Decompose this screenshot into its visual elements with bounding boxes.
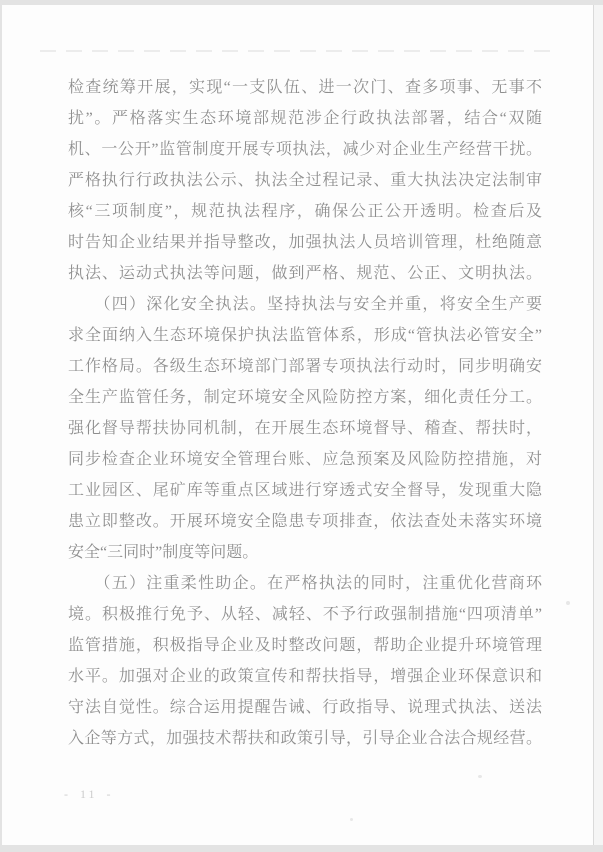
text-line: 时告知企业结果并指导整改，加强执法人员培训管理，杜绝随意 xyxy=(68,227,542,258)
text-line: 扰”。严格落实生态环境部规范涉企行政执法部署，结合“双随 xyxy=(68,103,542,134)
text-line: 核“三项制度”，规范执法程序，确保公正公开透明。检查后及 xyxy=(68,196,542,227)
page-number: - 11 - xyxy=(64,785,114,803)
text-line: 安全“三同时”制度等问题。 xyxy=(68,537,542,568)
text-line: 求全面纳入生态环境保护执法监管体系，形成“管执法必管安全” xyxy=(68,320,542,351)
page-edge-sliver xyxy=(593,5,603,845)
text-line: 工业园区、尾矿库等重点区域进行穿透式安全督导，发现重大隐 xyxy=(68,475,542,506)
paragraph-section-4-safety-enforcement: （四）深化安全执法。坚持执法与安全并重，将安全生产要求全面纳入生态环境保护执法监… xyxy=(68,289,542,568)
document-body-text: 检查统筹开展，实现“一支队伍、进一次门、查多项事、无事不扰”。严格落实生态环境部… xyxy=(68,72,542,754)
scan-speck xyxy=(350,818,353,821)
text-line: 工作格局。各级生态环境部门部署专项执法行动时，同步明确安 xyxy=(68,351,542,382)
scanned-document-view: 检查统筹开展，实现“一支队伍、进一次门、查多项事、无事不扰”。严格落实生态环境部… xyxy=(0,0,603,852)
scan-speck xyxy=(566,601,570,605)
scan-artifact-line xyxy=(40,50,560,52)
scan-speck xyxy=(478,775,482,778)
text-line: 强化督导帮扶协同机制，在开展生态环境督导、稽查、帮扶时， xyxy=(68,413,542,444)
text-line: （五）注重柔性助企。在严格执法的同时，注重优化营商环 xyxy=(68,568,542,599)
text-line: 机、一公开”监管制度开展专项执法，减少对企业生产经营干扰。 xyxy=(68,134,542,165)
text-line: 执法、运动式执法等问题，做到严格、规范、公正、文明执法。 xyxy=(68,258,542,289)
text-line: （四）深化安全执法。坚持执法与安全并重，将安全生产要 xyxy=(68,289,542,320)
text-line: 检查统筹开展，实现“一支队伍、进一次门、查多项事、无事不 xyxy=(68,72,542,103)
paragraph-section-5-flexible-assistance: （五）注重柔性助企。在严格执法的同时，注重优化营商环境。积极推行免予、从轻、减轻… xyxy=(68,568,542,754)
text-line: 监管措施，积极指导企业及时整改问题，帮助企业提升环境管理 xyxy=(68,630,542,661)
text-line: 境。积极推行免予、从轻、减轻、不予行政强制措施“四项清单” xyxy=(68,599,542,630)
text-line: 水平。加强对企业的政策宣传和帮扶指导，增强企业环保意识和 xyxy=(68,661,542,692)
paragraph-continuation-standard-enforcement: 检查统筹开展，实现“一支队伍、进一次门、查多项事、无事不扰”。严格落实生态环境部… xyxy=(68,72,542,289)
text-line: 同步检查企业环境安全管理台账、应急预案及风险防控措施，对 xyxy=(68,444,542,475)
document-sheet: 检查统筹开展，实现“一支队伍、进一次门、查多项事、无事不扰”。严格落实生态环境部… xyxy=(2,5,593,845)
text-line: 入企等方式，加强技术帮扶和政策引导，引导企业合法合规经营。 xyxy=(68,723,542,754)
text-line: 全生产监管任务，制定环境安全风险防控方案，细化责任分工。 xyxy=(68,382,542,413)
text-line: 患立即整改。开展环境安全隐患专项排查，依法查处未落实环境 xyxy=(68,506,542,537)
text-line: 严格执行行政执法公示、执法全过程记录、重大执法决定法制审 xyxy=(68,165,542,196)
text-line: 守法自觉性。综合运用提醒告诫、行政指导、说理式执法、送法 xyxy=(68,692,542,723)
